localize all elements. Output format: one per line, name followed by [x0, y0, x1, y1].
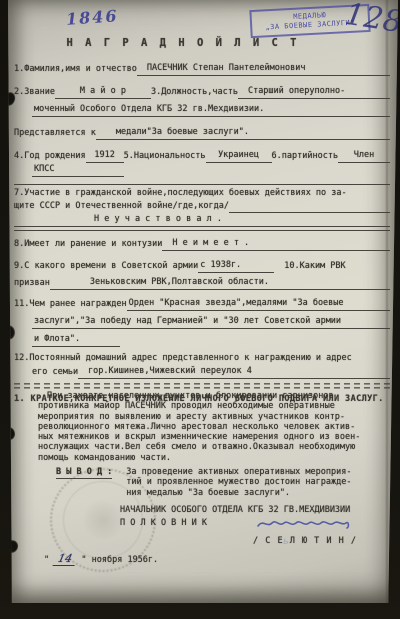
- field-awards-value-3: и Флота".: [32, 333, 120, 347]
- field-participation-line1: 7.Участие в гражданской войне,последующи…: [14, 187, 390, 200]
- conclusion-line: ния медалью "За боевые заслуги".: [126, 488, 351, 498]
- field-rvk: призван Зеньковским РВК,Полтавской облас…: [14, 276, 390, 290]
- field-participation-label-2: щите СССР и Отечественной войне/где,когд…: [14, 200, 229, 213]
- merit-paragraph-line: помощь командованию части.: [38, 453, 388, 463]
- field-participation-label-1: 7.Участие в гражданской войне,последующи…: [14, 187, 347, 200]
- field-wounds-value: Н е и м е е т .: [162, 237, 390, 251]
- field-party-continuation: КПСС: [14, 163, 390, 177]
- field-position-label: 3.Должность,часть: [151, 86, 238, 99]
- field-party-label: 6.партийность: [272, 150, 339, 163]
- field-name-label: 1.Фамилия,имя и отчество: [14, 63, 137, 76]
- section-rule: [14, 229, 390, 231]
- field-wounds: 8.Имеет ли ранение и контузии Н е и м е …: [14, 237, 390, 251]
- field-awards-label: 11.Чем ранее награжден: [14, 298, 127, 311]
- document-title: Н А Г Р А Д Н О Й Л И С Т: [8, 37, 358, 49]
- merit-paragraph-line: ных мятежников и вскрыл изменнические на…: [38, 432, 388, 442]
- field-awards-value-2: заслуги","За победу над Германией" и "30…: [32, 315, 390, 329]
- field-rank-label: 2.Звание: [14, 86, 55, 99]
- field-service-value: с 1938г.: [198, 259, 274, 273]
- field-participation-value: Н е у ч а с т в о в а л .: [14, 213, 390, 227]
- date-quote-close: ": [81, 555, 86, 565]
- field-position-value-1: Старший оперуполно-: [238, 85, 390, 99]
- field-rvk-value: Зеньковским РВК,Полтавской области.: [50, 276, 390, 290]
- page-number-handwritten: 128: [342, 0, 400, 40]
- field-address-line1: 12.Постоянный домашний адрес представлен…: [14, 352, 390, 365]
- section-rule: [14, 183, 390, 185]
- paper-hole: [4, 538, 21, 555]
- merit-paragraph-line: противника майор ПАСЕЧНИК проводил необх…: [38, 401, 388, 411]
- merit-paragraph-line: мероприятия по выявлению и аресту активн…: [38, 412, 388, 422]
- date-month-year: ноября 1956г.: [92, 555, 159, 565]
- field-nationality-label: 5.Национальность: [124, 150, 206, 163]
- date-line: " 14 " ноября 1956г.: [44, 552, 158, 566]
- conclusion-text: За проведение активных оперативных мероп…: [126, 467, 351, 498]
- date-day-handwritten: 14: [53, 552, 78, 566]
- field-birth-nationality-party: 4.Год рождения 1912 5.Национальность Укр…: [14, 149, 390, 163]
- award-form: 1.Фамилия,имя и отчество ПАСЕЧНИК Степан…: [14, 56, 390, 406]
- field-awards-line2: заслуги","За победу над Германией" и "30…: [14, 315, 390, 329]
- field-presented-value: медали"За боевые заслуги".: [96, 126, 390, 140]
- field-rank-value: М а й о р: [55, 85, 151, 99]
- merit-paragraph-line: революционного мятежа.Лично арестовал не…: [38, 422, 388, 432]
- field-address-label-1: 12.Постоянный домашний адрес представлен…: [14, 352, 352, 365]
- field-rank-position: 2.Звание М а й о р 3.Должность,часть Ста…: [14, 85, 390, 99]
- seal-core: [82, 500, 124, 540]
- field-presented: Представляется к медали"За боевые заслуг…: [14, 126, 390, 140]
- field-name: 1.Фамилия,имя и отчество ПАСЕЧНИК Степан…: [14, 62, 390, 76]
- field-birth-value: 1912: [86, 149, 124, 163]
- field-party-value-1: Член: [338, 149, 390, 163]
- field-position-continuation: моченный Особого Отдела КГБ 32 гв.Мехдив…: [14, 103, 390, 117]
- award-sheet-page: 1846 МЕДАЛЬЮ „ЗА БОЕВЫЕ ЗАСЛУГИ" 128 Н А…: [8, 0, 398, 603]
- field-awards-line1: 11.Чем ранее награжден Орден "Красная зв…: [14, 297, 390, 311]
- signature-scribble: [256, 514, 352, 532]
- ink-smudge: ь: [283, 536, 293, 548]
- field-awards-value-1: Орден "Красная звезда",медалями "За боев…: [127, 297, 390, 311]
- field-service-label: 9.С какого времени в Советской армии: [14, 260, 198, 273]
- field-presented-label: Представляется к: [14, 127, 96, 140]
- conclusion-block: В Ы В О Д : За проведение активных опера…: [56, 467, 390, 498]
- field-party-value-2: КПСС: [32, 163, 124, 177]
- field-rvk-label-1: 10.Каким РВК: [274, 260, 345, 273]
- field-position-value-2: моченный Особого Отдела КГБ 32 гв.Мехдив…: [32, 103, 390, 117]
- paper-hole: [3, 426, 17, 441]
- paper-hole: [2, 325, 15, 340]
- field-name-value: ПАСЕЧНИК Степан Пантелеймонович: [137, 62, 390, 76]
- signature-name: / С Е Л Ю Т И Н /: [253, 536, 357, 546]
- registry-number-stamp: 1846: [65, 6, 119, 29]
- field-rvk-label-2: призван: [14, 277, 50, 290]
- field-participation-answer: Н е у ч а с т в о в а л .: [14, 213, 390, 227]
- conclusion-line: За проведение активных оперативных мероп…: [126, 467, 351, 477]
- field-birth-label: 4.Год рождения: [14, 150, 86, 163]
- merit-paragraph-line: При захвате населенных пунктов и блокиро…: [38, 391, 388, 401]
- conclusion-label: В Ы В О Д :: [56, 467, 112, 479]
- scanned-document-photo: 1846 МЕДАЛЬЮ „ЗА БОЕВЫЕ ЗАСЛУГИ" 128 Н А…: [0, 0, 400, 619]
- conclusion-line: тий и проявленное мужество достоин награ…: [126, 477, 351, 487]
- field-address-label-2: его семьи: [32, 366, 78, 379]
- merit-paragraph: При захвате населенных пунктов и блокиро…: [38, 391, 388, 463]
- field-awards-line3: и Флота".: [14, 333, 390, 347]
- field-wounds-label: 8.Имеет ли ранение и контузии: [14, 238, 162, 251]
- field-nationality-value: Украинец: [206, 149, 272, 163]
- date-quote-open: ": [44, 555, 49, 565]
- field-service: 9.С какого времени в Советской армии с 1…: [14, 259, 390, 273]
- merit-paragraph-line: нослужащих части.Вел себя смело и отважн…: [38, 442, 388, 452]
- double-dashed-separator: [14, 383, 390, 389]
- field-address-value: гор.Кишинев,Чижевский переулок 4: [78, 365, 390, 379]
- field-address-line2: его семьи гор.Кишинев,Чижевский переулок…: [14, 365, 390, 379]
- field-participation-line2: щите СССР и Отечественной войне/где,когд…: [14, 200, 390, 213]
